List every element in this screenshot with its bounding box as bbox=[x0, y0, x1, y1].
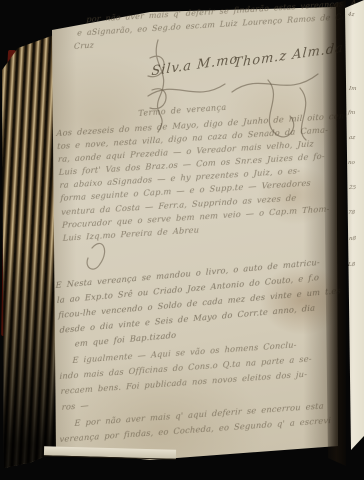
paragraph-1: Aos dezeseis do mes de Mayo, digo de Jun… bbox=[56, 109, 354, 244]
facing-text-fragment: fm bbox=[348, 110, 356, 116]
facing-text-fragment: n8 bbox=[349, 236, 357, 242]
signature-swash bbox=[232, 74, 318, 92]
facing-text-fragment: 4z bbox=[348, 12, 355, 18]
facing-text-fragment: Im bbox=[349, 86, 357, 92]
facing-text-fragment: no bbox=[348, 160, 355, 166]
entry-heading: Termo de vereança bbox=[138, 103, 227, 118]
facing-text-fragment: 25 bbox=[349, 185, 357, 191]
signature-swash bbox=[148, 84, 225, 96]
signature-1: Silv.a M.mo bbox=[151, 52, 239, 79]
photo-frame: por não aver mais q' deferir se findarão… bbox=[0, 0, 364, 480]
facing-text-fragment: az bbox=[349, 135, 356, 141]
paragraph-end-flourish bbox=[87, 243, 105, 269]
rubric-flourish bbox=[148, 40, 166, 132]
handwriting-layer: por não aver mais q' deferir se findarão… bbox=[0, 0, 364, 480]
facing-text-fragment: L8 bbox=[348, 262, 356, 268]
facing-text-fragment: 78 bbox=[348, 210, 356, 216]
